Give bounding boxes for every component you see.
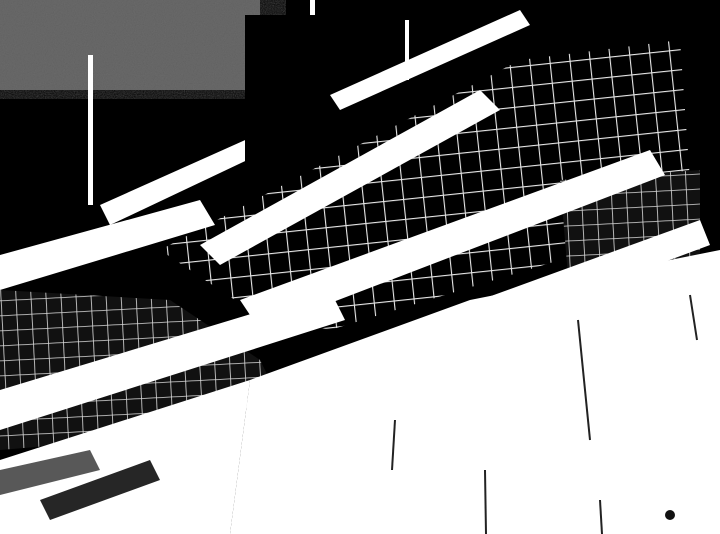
dark-post [245, 15, 315, 165]
photo [0, 0, 720, 534]
